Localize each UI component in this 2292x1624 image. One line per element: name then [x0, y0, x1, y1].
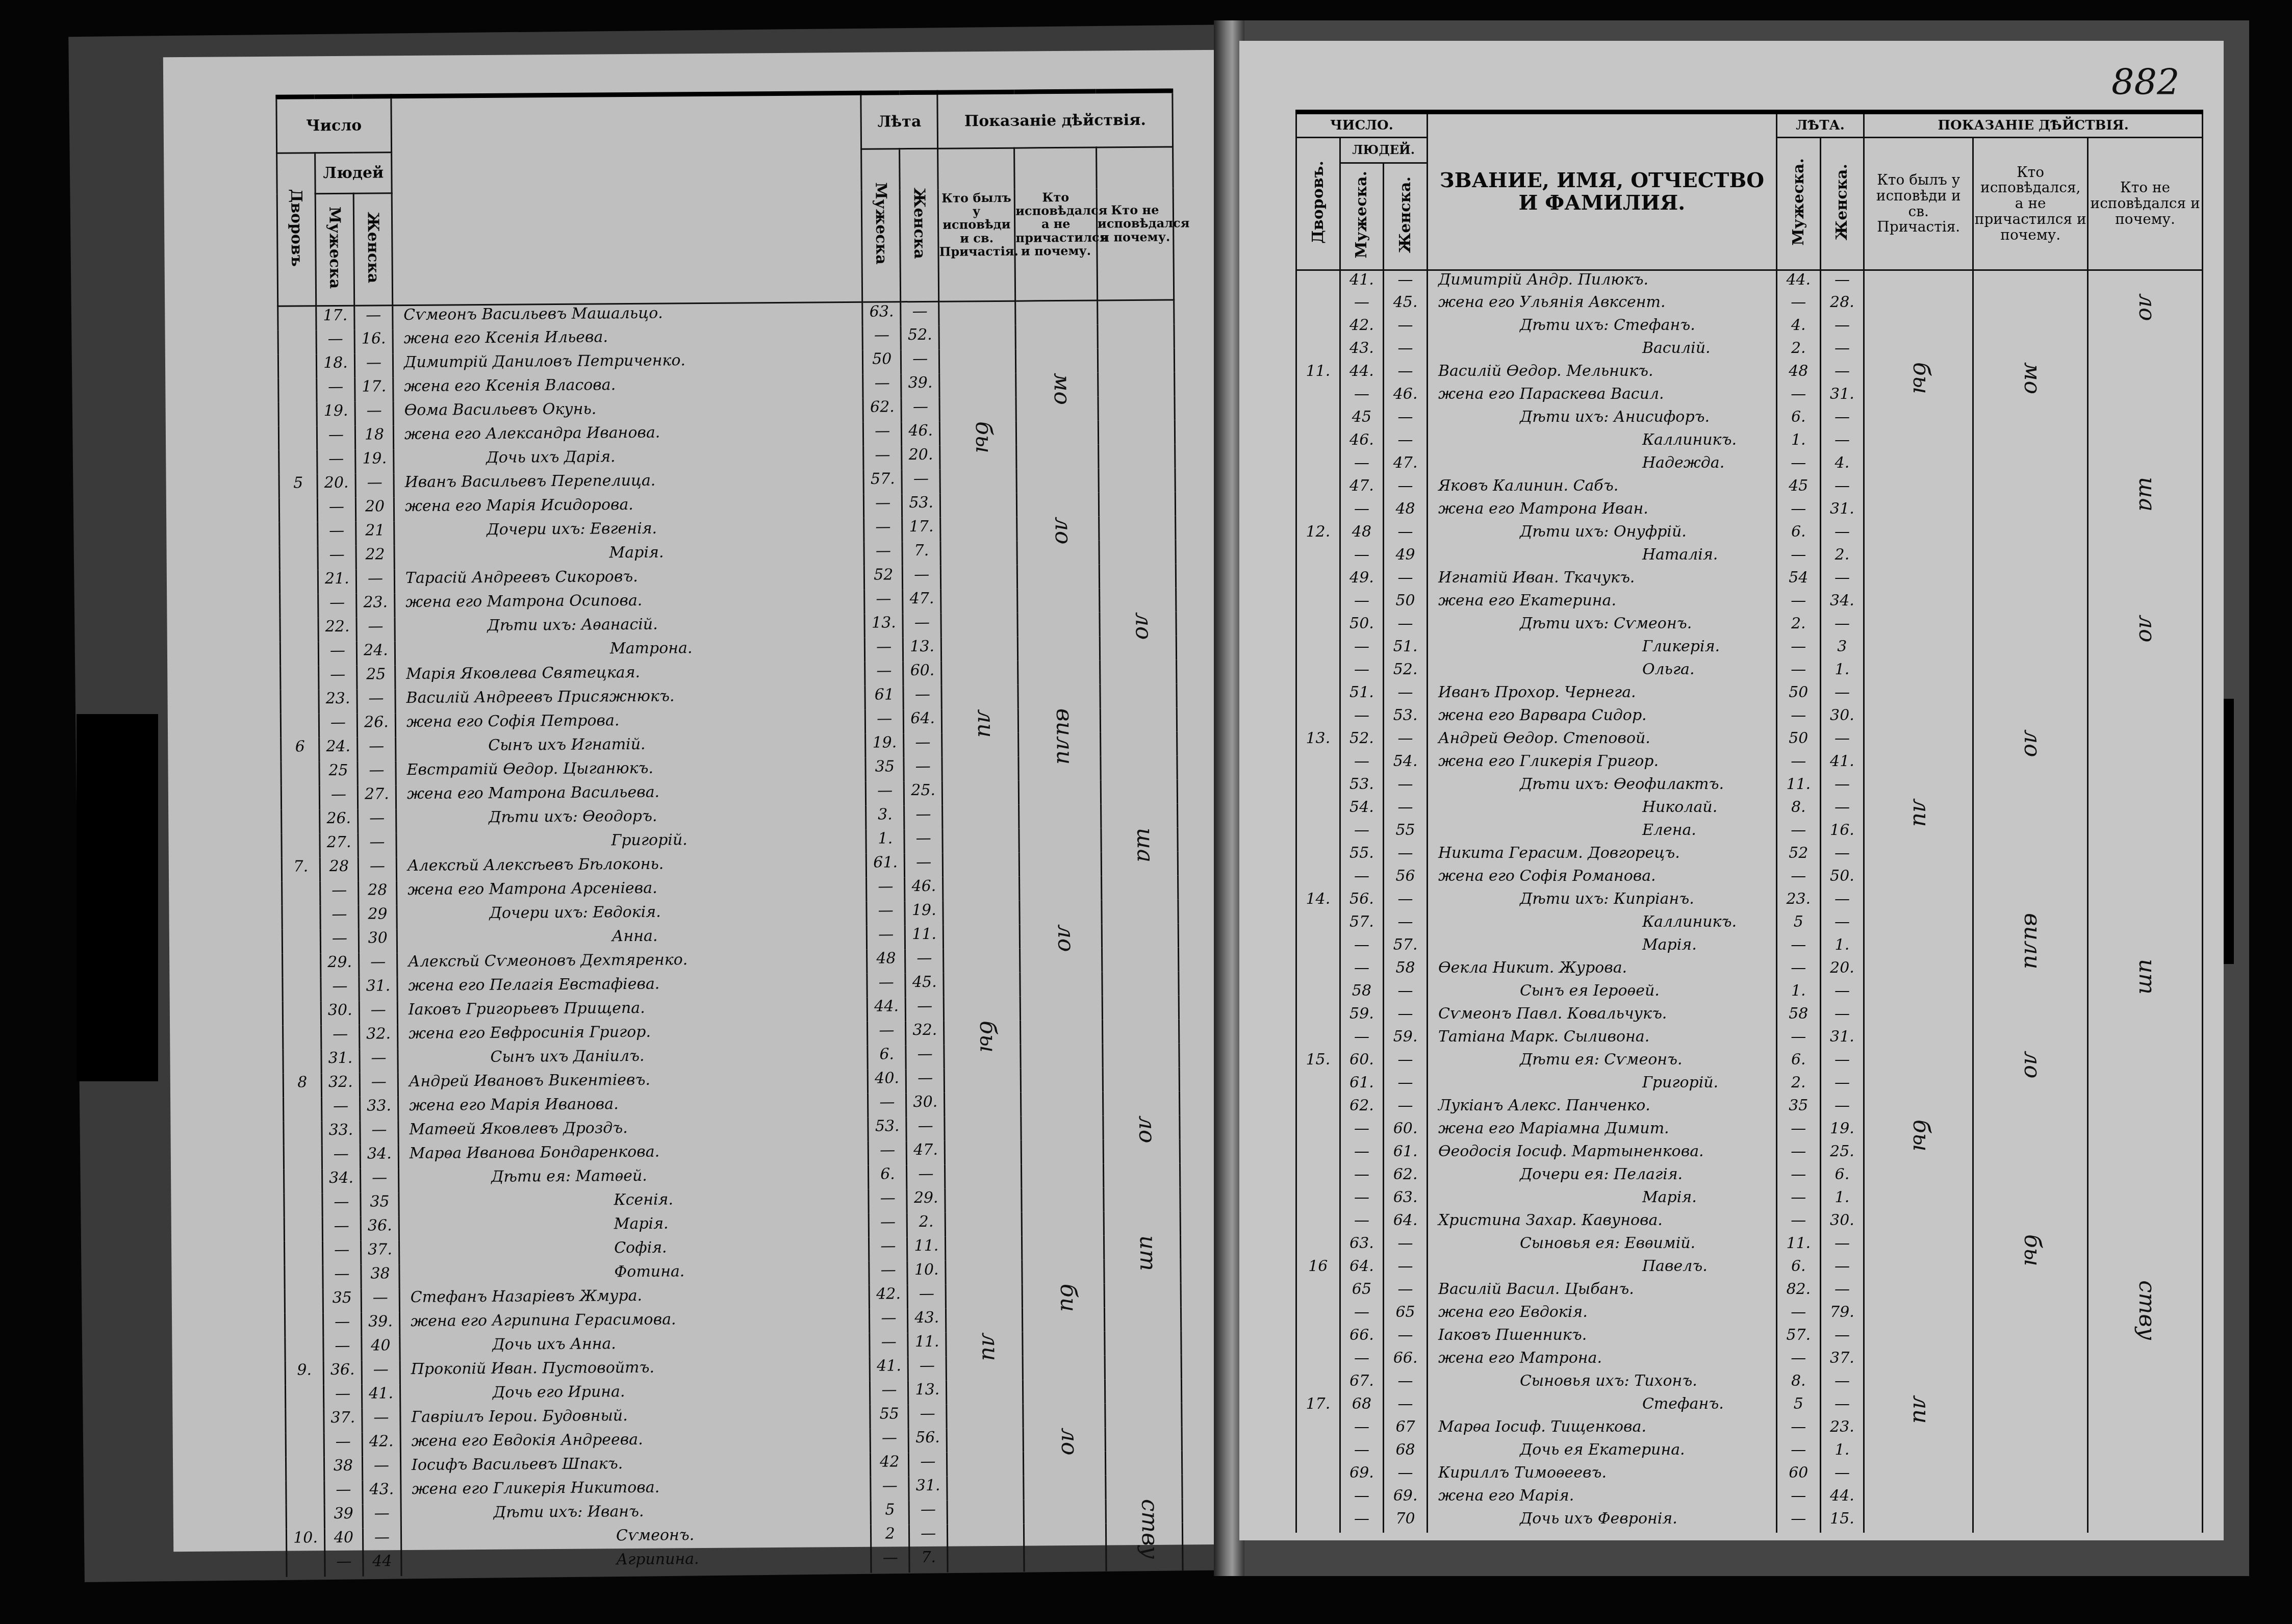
action-col-c-cell [2088, 1418, 2203, 1441]
female-number-cell: 64. [1384, 1211, 1428, 1234]
male-age-cell: 35 [865, 757, 904, 782]
action-col-b-cell [1018, 780, 1101, 804]
action-col-c-cell [2088, 867, 2203, 890]
dvor-cell [1296, 293, 1340, 316]
dvor-cell [281, 690, 319, 714]
action-col-a-cell [941, 637, 1018, 661]
action-col-b-cell: вили [1018, 708, 1101, 732]
register-row: 41.—Димитрій Андр. Пилюкъ.44.— [1296, 270, 2203, 293]
female-number-cell: 33. [360, 1097, 398, 1121]
female-age-cell: 31. [909, 1476, 947, 1501]
female-number-cell: 53. [1384, 706, 1428, 729]
action-col-c-cell [2088, 844, 2203, 867]
action-col-b-cell [1973, 1097, 2088, 1120]
action-col-c-cell [2088, 936, 2203, 959]
name-cell: Григорій. [396, 829, 867, 856]
dvor-cell [287, 1553, 325, 1577]
action-col-a-cell [943, 924, 1020, 949]
name-cell: жена его Маріамна Димит. [1427, 1120, 1776, 1143]
right-register-body: 41.—Димитрій Андр. Пилюкъ.44.——45.жена е… [1296, 270, 2203, 1533]
action-col-a-cell [1864, 1464, 1973, 1487]
action-col-b-cell [1023, 1307, 1105, 1332]
name-cell: жена его Матрона Осипова. [395, 590, 865, 617]
action-col-c-cell [2088, 431, 2203, 454]
action-col-c-cell [1103, 1067, 1179, 1092]
dvor-cell [1296, 913, 1340, 936]
female-age-cell: — [906, 1069, 944, 1093]
name-cell: жена его Софія Петрова. [395, 709, 865, 737]
male-age-cell: 53. [868, 1117, 906, 1141]
dvor-cell [280, 642, 318, 666]
male-age-cell: 44. [867, 997, 905, 1022]
male-age-cell: — [1776, 1349, 1820, 1372]
male-age-cell: — [869, 1189, 907, 1213]
action-col-b-cell [1017, 588, 1100, 613]
female-number-cell: 44 [363, 1552, 401, 1577]
dvor-cell [1296, 1303, 1340, 1326]
female-age-cell: 50. [1820, 867, 1864, 890]
action-col-a-cell [944, 1044, 1021, 1069]
action-col-a-cell [1864, 293, 1973, 316]
dvor-cell [1296, 1487, 1340, 1510]
dvor-cell [1296, 661, 1340, 683]
action-col-b-cell [1020, 948, 1102, 972]
action-col-a-cell [945, 1140, 1021, 1164]
female-age-cell: — [1820, 1074, 1864, 1097]
female-age-cell: — [902, 469, 940, 494]
female-age-cell: — [903, 565, 941, 590]
male-age-cell: 52 [864, 566, 903, 590]
action-col-c-cell: ша [1101, 827, 1178, 852]
register-row: —48жена его Матрона Иван.—31. [1296, 500, 2203, 523]
action-col-a-cell [943, 876, 1020, 901]
male-number-cell: — [317, 497, 355, 522]
action-col-a-cell: ли [942, 708, 1018, 733]
male-number-cell: 47. [1340, 477, 1384, 500]
male-number-cell: — [1340, 1418, 1384, 1441]
name-cell: Ксенія. [399, 1189, 869, 1216]
male-age-cell: 82. [1776, 1280, 1820, 1303]
female-number-cell: 69. [1384, 1487, 1428, 1510]
action-col-a-cell [944, 948, 1020, 973]
dvor-cell [282, 809, 320, 834]
male-number-cell: — [323, 1312, 361, 1337]
dvor-cell [283, 1001, 321, 1026]
male-number-cell: 52. [1340, 729, 1384, 752]
female-number-cell: 48 [1384, 500, 1428, 523]
action-col-a-cell [941, 589, 1017, 613]
register-row: —47.Надежда.—4. [1296, 454, 2203, 477]
male-number-cell: 32. [321, 1073, 360, 1097]
action-col-a-cell [947, 1428, 1023, 1452]
female-age-cell: — [903, 685, 941, 709]
male-number-cell: — [1340, 867, 1384, 890]
male-age-cell: — [865, 662, 903, 686]
name-cell: Сыновья ея: Евѳимій. [1427, 1234, 1776, 1257]
male-age-cell: 61. [867, 853, 905, 878]
female-age-cell: 45. [905, 973, 944, 997]
action-col-c-cell: ша [2088, 477, 2203, 500]
action-col-c-cell [1105, 1331, 1181, 1355]
male-age-cell: 50 [863, 350, 901, 374]
action-col-c-cell [2088, 1188, 2203, 1211]
action-col-b-cell [1973, 431, 2088, 454]
dvor-cell [286, 1481, 324, 1505]
register-row: —46.жена его Параскева Васил.—31. [1296, 385, 2203, 408]
action-col-b-cell [1020, 900, 1102, 924]
male-age-cell: 48 [1776, 362, 1820, 385]
female-number-cell: — [1384, 362, 1428, 385]
action-col-c-cell [1100, 683, 1177, 708]
action-col-c-cell [1106, 1546, 1183, 1571]
male-age-cell: 2 [871, 1525, 909, 1549]
action-col-b-cell [1018, 684, 1100, 708]
action-col-c-cell [2088, 1326, 2203, 1349]
male-age-cell: 6. [1776, 1257, 1820, 1280]
dvor-cell [280, 594, 318, 618]
action-col-a-cell [941, 613, 1017, 637]
female-age-cell: 1. [1820, 1441, 1864, 1464]
right-page: 882 ЧИСЛО. ЗВАНИЕ, ИМЯ, ОТЧЕСТВО И ФАМИЛ… [1239, 41, 2224, 1540]
female-age-cell: 46. [905, 877, 943, 901]
female-age-cell: 60. [903, 661, 941, 686]
action-col-c-cell: ит [1104, 1235, 1180, 1259]
action-col-b-cell [1023, 1403, 1105, 1428]
male-number-cell: — [1340, 1120, 1384, 1143]
female-number-cell: — [359, 1001, 397, 1025]
male-number-cell: 22. [318, 617, 356, 642]
action-col-b-cell [1016, 348, 1098, 373]
name-cell: Василій Андреевъ Присяжнюкъ. [395, 686, 865, 713]
female-number-cell: 50 [1384, 592, 1428, 615]
action-col-a-cell [1864, 821, 1973, 844]
male-age-cell: 1. [1776, 982, 1820, 1005]
dvor-cell [1296, 408, 1340, 431]
female-age-cell: 43. [908, 1308, 946, 1333]
register-row: 65—Василій Васил. Цыбанъ.82.—ству [1296, 1280, 2203, 1303]
female-age-cell: 20. [1820, 959, 1864, 982]
male-age-cell: — [1776, 385, 1820, 408]
action-col-a-cell [940, 445, 1016, 469]
register-row: 17.68—Стефанъ.5—ли [1296, 1395, 2203, 1418]
action-col-c-cell [1098, 324, 1174, 348]
handwritten-mark: ло [2134, 293, 2160, 316]
female-age-cell: 47. [906, 1140, 945, 1165]
action-col-b-cell [1017, 564, 1100, 589]
register-row: —57.Марія.—1. [1296, 936, 2203, 959]
name-cell: Елена. [1427, 821, 1776, 844]
female-number-cell: — [1384, 615, 1428, 638]
action-col-c-cell [2088, 683, 2203, 706]
dvor-cell [285, 1265, 323, 1289]
female-number-cell: 51. [1384, 638, 1428, 661]
action-col-c-cell [2088, 1120, 2203, 1143]
dvor-cell [284, 1193, 322, 1217]
action-col-a-cell [1864, 1372, 1973, 1395]
dvor-cell [285, 1241, 323, 1265]
female-age-cell: — [909, 1452, 947, 1477]
female-age-cell: 32. [906, 1021, 944, 1045]
female-number-cell: — [1384, 1326, 1428, 1349]
dvor-cell [1296, 1120, 1340, 1143]
dvor-cell [1296, 1349, 1340, 1372]
action-col-b-cell [1024, 1475, 1106, 1500]
female-age-cell: 53. [902, 493, 940, 518]
action-col-a-cell [1864, 546, 1973, 569]
female-age-cell: — [1820, 615, 1864, 638]
action-col-a-cell [1864, 1074, 1973, 1097]
dvor-cell [1296, 936, 1340, 959]
action-col-b-cell [1019, 828, 1101, 852]
male-age-cell: 11. [1776, 1234, 1820, 1257]
male-number-cell: — [319, 665, 357, 690]
action-col-c-cell [1098, 372, 1175, 396]
male-age-cell: 62. [863, 398, 901, 422]
action-col-b-cell [1973, 546, 2088, 569]
name-cell: Дѣти ея: Матѳей. [398, 1165, 869, 1192]
binding-tab-left [77, 714, 158, 1081]
male-number-cell: 64. [1340, 1257, 1384, 1280]
register-row: 59.—Сѵмеонъ Павл. Ковальчукъ.58— [1296, 1005, 2203, 1028]
action-col-a-cell [1864, 408, 1973, 431]
dvor-cell: 11. [1296, 362, 1340, 385]
male-age-cell: — [869, 1261, 907, 1285]
name-cell: жена его Марія Иванова. [398, 1093, 868, 1120]
dvor-cell [1296, 477, 1340, 500]
female-number-cell: 41. [362, 1384, 400, 1409]
action-col-c-cell [2088, 1303, 2203, 1326]
female-age-cell: 1. [1820, 661, 1864, 683]
male-number-cell: 54. [1340, 798, 1384, 821]
action-col-a-cell [1864, 1097, 1973, 1120]
dvor-cell [284, 1169, 322, 1194]
name-cell: Дѣти ихъ: Ѳеодоръ. [396, 805, 867, 832]
male-age-cell: 60 [1776, 1464, 1820, 1487]
male-number-cell: 25 [319, 761, 358, 785]
dvor-cell [1296, 638, 1340, 661]
action-col-c-cell [1102, 923, 1178, 948]
header-col-b: Кто исповѣдался а не причастился и почем… [1014, 147, 1098, 301]
male-number-cell: — [317, 425, 355, 450]
name-cell: Іаковъ Григорьевъ Прищепа. [397, 997, 868, 1024]
action-col-a-cell [944, 1068, 1021, 1093]
male-number-cell: 19. [317, 401, 355, 426]
header-leta: Лѣта [861, 92, 938, 149]
male-age-cell: — [1776, 936, 1820, 959]
action-col-b-cell [1022, 1259, 1104, 1284]
female-age-cell: — [1820, 523, 1864, 546]
name-cell: Іаковъ Пшенникъ. [1427, 1326, 1776, 1349]
name-cell: Дѣти ихъ: Анисифоръ. [1427, 408, 1776, 431]
action-col-b-cell: ло [1973, 1051, 2088, 1074]
female-age-cell: — [905, 997, 944, 1021]
dvor-cell [281, 762, 319, 786]
handwritten-mark: бы [2019, 1234, 2045, 1257]
female-age-cell: — [909, 1524, 948, 1549]
female-age-cell: — [904, 805, 943, 829]
action-col-c-cell [1103, 1139, 1180, 1163]
dvor-cell [278, 426, 317, 450]
action-col-a-cell: бы [1864, 362, 1973, 385]
action-col-b-cell [1973, 1257, 2088, 1280]
male-number-cell: 68 [1340, 1395, 1384, 1418]
female-age-cell: — [1820, 1326, 1864, 1349]
register-row: 61.—Григорій.2.— [1296, 1074, 2203, 1097]
action-col-c-cell [2088, 1395, 2203, 1418]
female-number-cell: 21 [356, 521, 394, 546]
name-cell: Кириллъ Тимоѳеевъ. [1427, 1464, 1776, 1487]
male-number-cell: — [318, 521, 356, 546]
female-age-cell: 30. [906, 1093, 945, 1117]
dvor-cell: 17. [1296, 1395, 1340, 1418]
action-col-b-cell [1017, 612, 1100, 637]
male-age-cell: 4. [1776, 316, 1820, 339]
female-number-cell: 24. [356, 641, 395, 666]
name-cell: Андрей Ѳедор. Степовой. [1427, 729, 1776, 752]
name-cell: Дѣти ихъ: Кипріанъ. [1427, 890, 1776, 913]
male-age-cell: — [1776, 1487, 1820, 1510]
action-col-b-cell [1021, 1044, 1103, 1068]
action-col-a-cell [946, 1308, 1023, 1332]
male-age-cell: — [865, 638, 903, 662]
female-age-cell: — [904, 757, 942, 781]
male-age-cell: 50 [1776, 683, 1820, 706]
register-row: 58—Сынъ ея Іероѳей.1.— [1296, 982, 2203, 1005]
action-col-c-cell [1101, 803, 1177, 828]
female-age-cell: 46. [902, 421, 940, 446]
dvor-cell: 12. [1296, 523, 1340, 546]
action-col-b-cell [1973, 959, 2088, 982]
register-row: 49.—Игнатій Иван. Ткачукъ.54— [1296, 569, 2203, 592]
female-number-cell: 17. [355, 377, 393, 402]
male-age-cell: 61 [865, 686, 903, 710]
action-col-b-cell [1016, 468, 1099, 493]
male-number-cell: 27. [320, 833, 358, 857]
male-number-cell: — [1340, 1165, 1384, 1188]
action-col-a-cell [939, 373, 1016, 397]
female-age-cell: — [1820, 1395, 1864, 1418]
male-age-cell: — [867, 973, 905, 998]
action-col-c-cell [1100, 636, 1176, 660]
name-cell: Стефанъ. [1427, 1395, 1776, 1418]
male-number-cell: — [323, 1264, 361, 1289]
male-number-cell: 49. [1340, 569, 1384, 592]
name-cell: Дочери ихъ: Евдокія. [397, 901, 867, 928]
action-col-c-cell [2088, 1487, 2203, 1510]
action-col-c-cell [1101, 851, 1178, 876]
action-col-c-cell [2088, 821, 2203, 844]
name-cell: Татіана Марк. Сыливона. [1427, 1028, 1776, 1051]
dvor-cell [283, 1025, 321, 1050]
dvor-cell [1296, 821, 1340, 844]
dvor-cell [1296, 752, 1340, 775]
action-col-c-cell [1103, 1163, 1180, 1187]
name-cell: Іосифъ Васильевъ Шпакъ. [400, 1453, 871, 1480]
male-age-cell: 8. [1776, 1372, 1820, 1395]
name-cell: Дочь ихъ Дарія. [394, 446, 864, 473]
header-name-column [391, 93, 862, 305]
dvor-cell [1296, 1464, 1340, 1487]
female-number-cell: 70 [1384, 1510, 1428, 1533]
action-col-a-cell [945, 1164, 1022, 1188]
dvor-cell [1296, 1211, 1340, 1234]
action-col-c-cell [1101, 875, 1178, 900]
name-cell: Димитрій Андр. Пилюкъ. [1427, 270, 1776, 293]
dvor-cell [284, 1145, 322, 1170]
name-cell: Гликерія. [1427, 638, 1776, 661]
action-col-a-cell [1864, 1280, 1973, 1303]
male-age-cell: — [1776, 661, 1820, 683]
action-col-c-cell [2088, 1464, 2203, 1487]
female-number-cell: — [1384, 729, 1428, 752]
dvor-cell [282, 929, 320, 954]
female-age-cell: 52. [901, 325, 939, 350]
female-age-cell: — [903, 613, 941, 638]
dvor-cell [1296, 500, 1340, 523]
action-col-b-cell [1973, 569, 2088, 592]
action-col-b-cell [1973, 638, 2088, 661]
name-cell: Стефанъ Назаріевъ Жмура. [399, 1285, 870, 1312]
action-col-a-cell [943, 900, 1020, 925]
dvor-cell [1296, 867, 1340, 890]
name-cell: Игнатій Иван. Ткачукъ. [1427, 569, 1776, 592]
action-col-a-cell [946, 1260, 1022, 1284]
action-col-b-cell [1973, 1280, 2088, 1303]
male-number-cell: — [322, 1097, 360, 1121]
action-col-b-cell [1020, 876, 1102, 900]
action-col-c-cell [1098, 420, 1175, 444]
male-number-cell: — [316, 329, 354, 354]
action-col-c-cell [1101, 755, 1177, 780]
female-number-cell: — [1384, 798, 1428, 821]
action-col-b-cell [1973, 661, 2088, 683]
female-age-cell: 17. [902, 517, 940, 542]
action-col-b-cell [1024, 1451, 1106, 1476]
name-cell: Василій Васил. Цыбанъ. [1427, 1280, 1776, 1303]
dvor-cell [1296, 1372, 1340, 1395]
male-age-cell: 5 [1776, 913, 1820, 936]
dvor-cell [1296, 1280, 1340, 1303]
male-age-cell: 13. [864, 614, 903, 638]
action-col-c-cell [2088, 339, 2203, 362]
name-cell: Софія. [399, 1237, 869, 1264]
register-row: —62.Дочери ея: Пелагія.—6. [1296, 1165, 2203, 1188]
dvor-cell [282, 905, 320, 930]
female-number-cell: — [1384, 477, 1428, 500]
action-col-c-cell [2088, 913, 2203, 936]
dvor-cell [286, 1433, 324, 1457]
female-age-cell: — [906, 1045, 944, 1069]
male-number-cell: 38 [324, 1456, 362, 1481]
male-number-cell: 58 [1340, 982, 1384, 1005]
female-age-cell: — [1820, 683, 1864, 706]
action-col-a-cell [1864, 385, 1973, 408]
right-register-table: ЧИСЛО. ЗВАНИЕ, ИМЯ, ОТЧЕСТВО И ФАМИЛИЯ. … [1295, 110, 2203, 1533]
female-age-cell: 30. [1820, 706, 1864, 729]
register-row: 47.—Яковъ Калинин. Сабъ.45—ша [1296, 477, 2203, 500]
action-col-c-cell [1104, 1259, 1181, 1283]
register-row: —52.Ольга.—1. [1296, 661, 2203, 683]
name-cell: Дочь ея Екатерина. [1427, 1441, 1776, 1464]
female-age-cell: 30. [1820, 1211, 1864, 1234]
action-col-c-cell [1106, 1523, 1182, 1547]
name-cell: жена его Марія. [1427, 1487, 1776, 1510]
action-col-b-cell [1973, 293, 2088, 316]
female-number-cell: — [358, 809, 396, 833]
female-age-cell: — [907, 1284, 946, 1309]
action-col-c-cell [1103, 1091, 1179, 1115]
male-age-cell: 58 [1776, 1005, 1820, 1028]
